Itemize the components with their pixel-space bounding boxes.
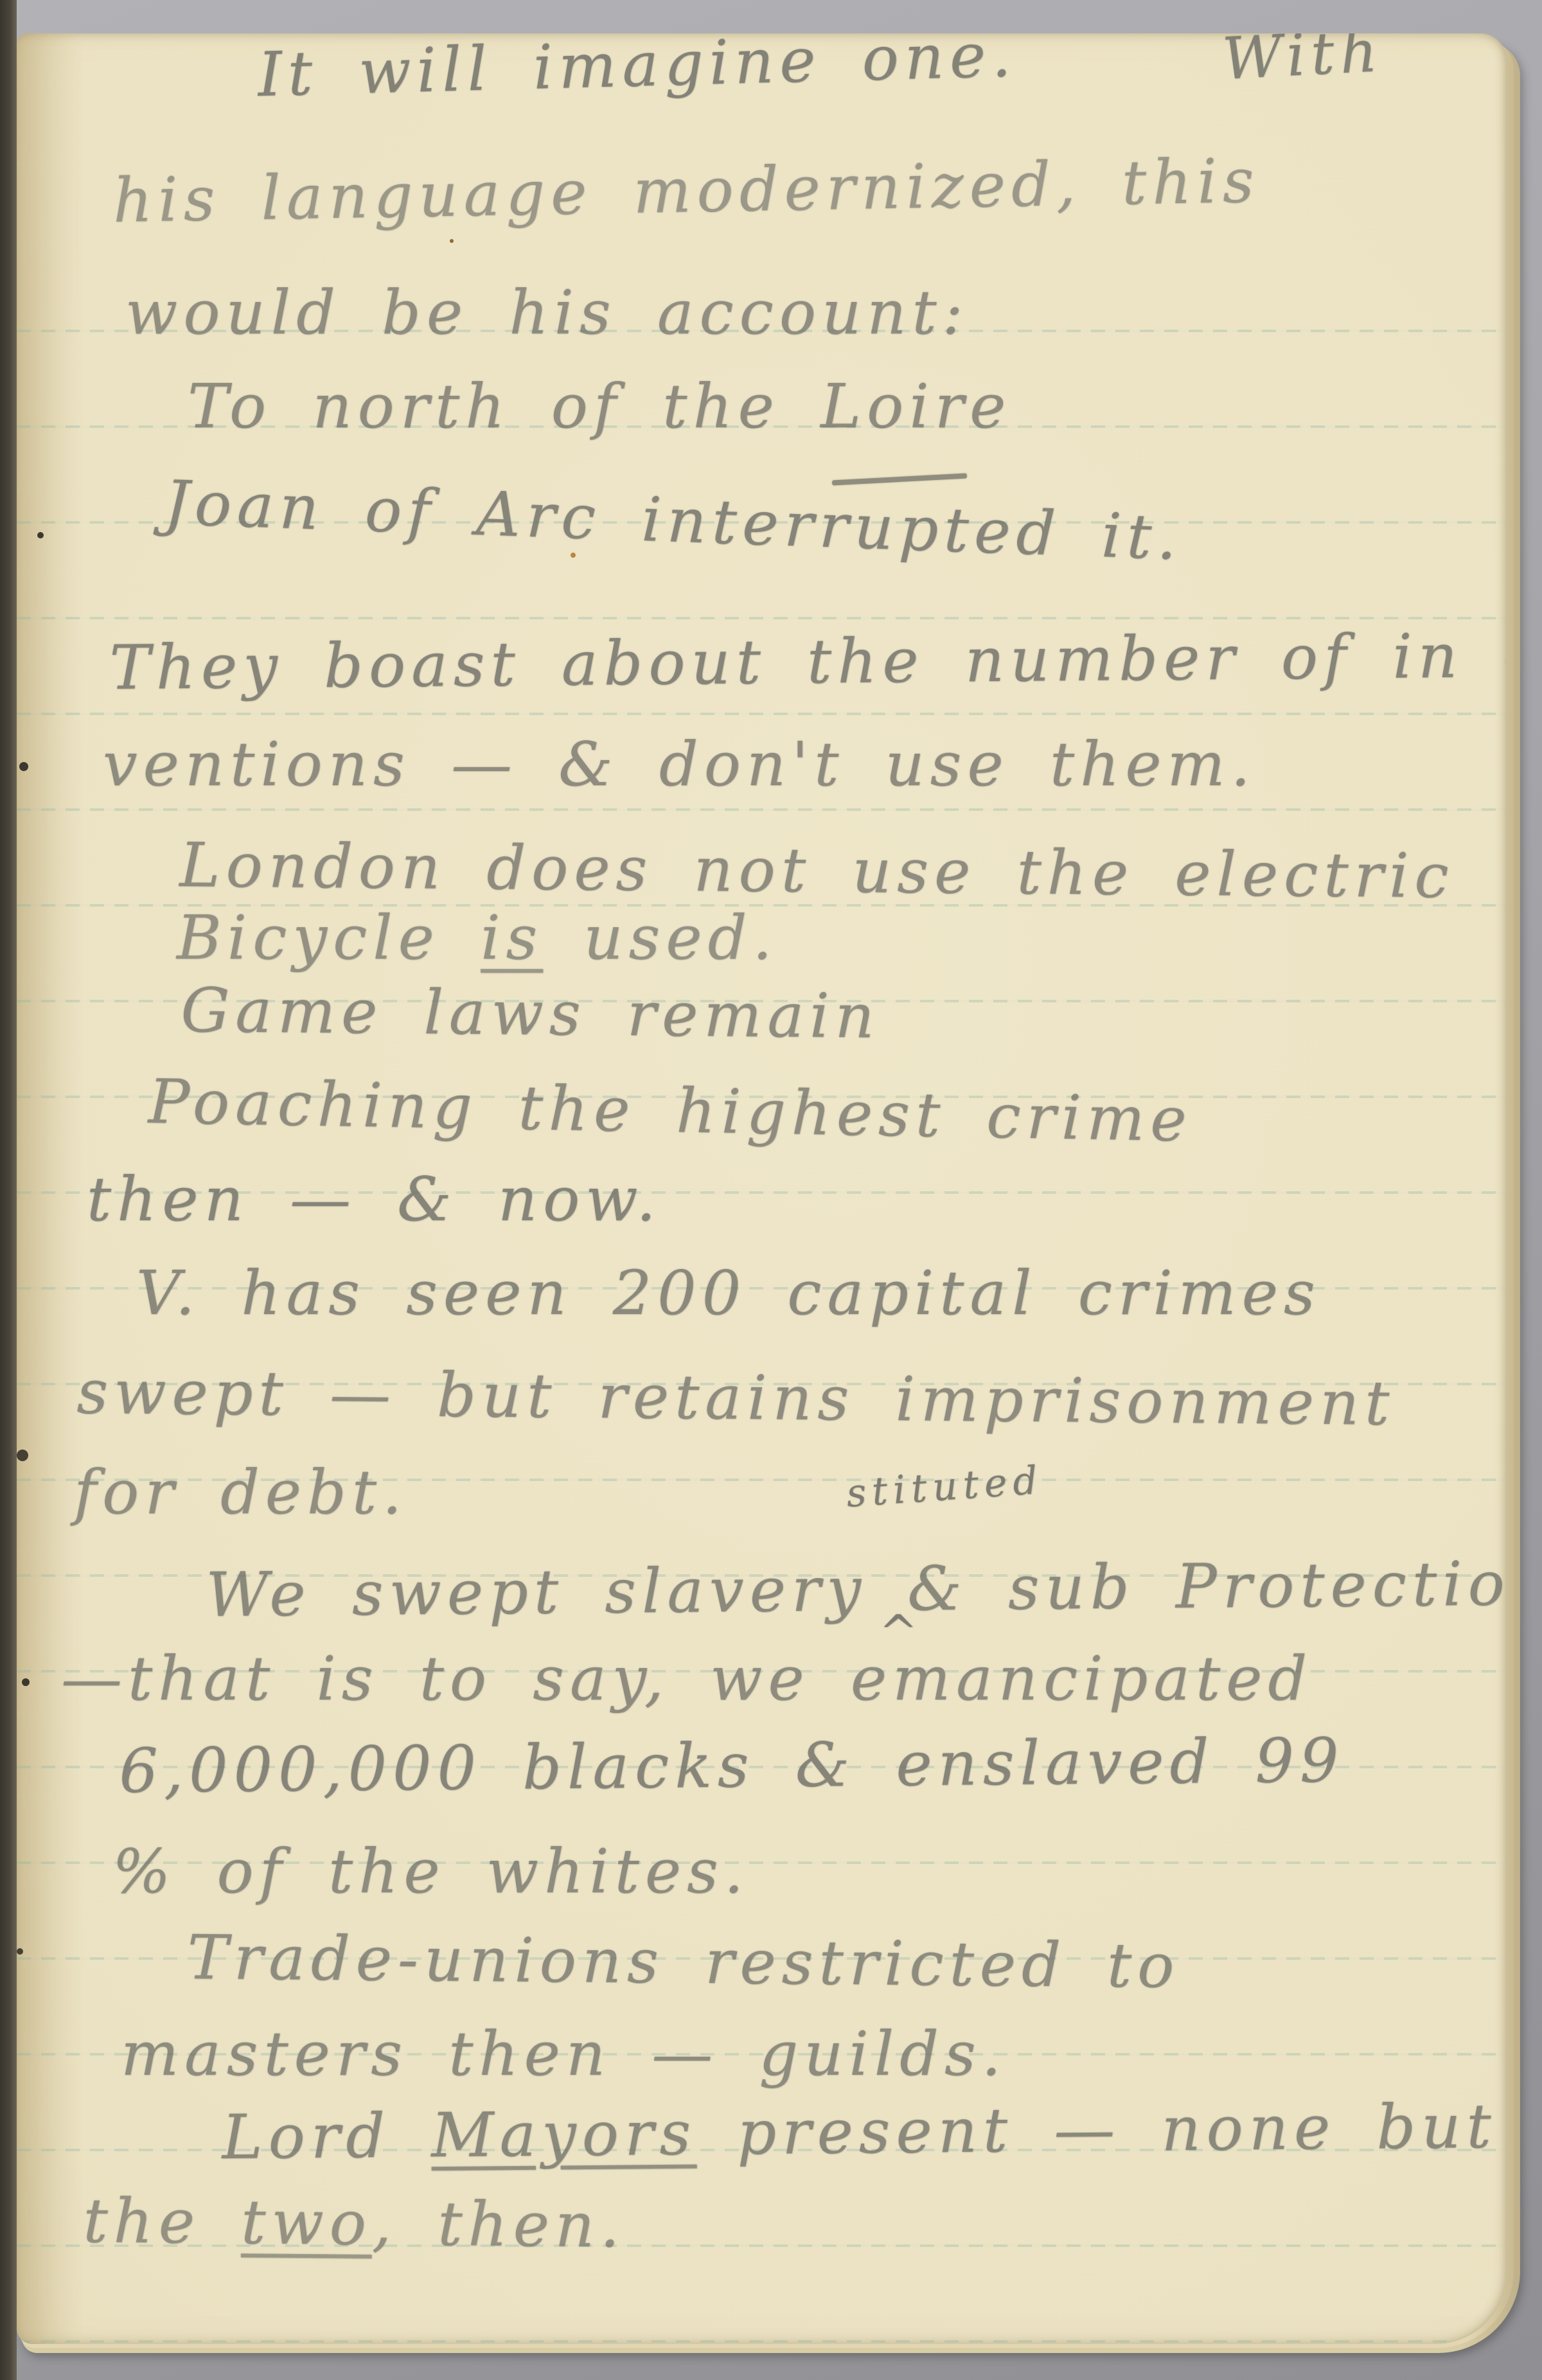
handwriting-text: would be his account: [125, 278, 969, 348]
page-speck [17, 1450, 28, 1461]
handwriting-text: swept — but retains imprisonment [76, 1357, 1396, 1439]
handwriting-text: present — none but [696, 2091, 1497, 2169]
ruled-line [17, 2340, 1506, 2343]
handwriting-text: his language modernized, this [112, 146, 1261, 236]
handwriting-line: % of the whites. [112, 1836, 749, 1907]
handwriting-line: stituted [845, 1458, 1045, 1516]
handwriting-line: masters then — guilds. [121, 2019, 1007, 2090]
handwriting-text: ventions — & don't use them. [103, 729, 1256, 800]
handwriting-line: ventions — & don't use them. [103, 729, 1256, 800]
handwriting-text: They boast about the number of in - [109, 621, 1506, 704]
handwriting-line: would be his account: [125, 278, 969, 348]
page-speck [19, 762, 28, 771]
handwriting-text: With [1221, 33, 1385, 93]
handwriting-text: for debt. [74, 1457, 407, 1528]
handwriting-text: stituted [845, 1458, 1045, 1516]
handwriting-line: for debt. [74, 1457, 407, 1528]
book-spine-edge [0, 0, 17, 2380]
handwriting-text: used. [543, 903, 777, 973]
handwriting-line: —that is to say, we emancipated [61, 1644, 1313, 1714]
handwriting-line: Lord Mayors present — none but [222, 2091, 1497, 2173]
handwriting-word-underlined: two [241, 2187, 373, 2259]
handwriting-text: Game laws remain [181, 975, 880, 1052]
ruled-line [17, 617, 1506, 619]
handwriting-line: his language modernized, this [112, 146, 1261, 236]
handwriting-line: V. has seen 200 capital crimes [136, 1258, 1321, 1329]
handwriting-text: , then. [371, 2189, 625, 2261]
page-speck [450, 239, 454, 243]
page-speck [37, 532, 44, 538]
handwriting-line: Trade-unions restricted to [187, 1923, 1180, 2002]
handwriting-line: the two, then. [83, 2186, 626, 2261]
handwriting-line: then — & now. [87, 1164, 662, 1235]
ruled-line [17, 713, 1506, 715]
notebook-page: It will imagine one.Withhis language mod… [17, 33, 1506, 2344]
handwriting-line: Joan of Arc interrupted it. [163, 468, 1183, 574]
ruled-line [17, 808, 1506, 811]
photo-background: { "document_type": "handwritten-notebook… [0, 0, 1542, 2380]
handwriting-word-underlined: Mayors [431, 2099, 697, 2172]
handwriting-text: London does not use the electric [179, 830, 1455, 912]
page-speck [571, 553, 576, 558]
handwriting-line: 6,000,000 blacks & enslaved 99 [119, 1725, 1345, 1807]
handwriting-text: Joan of Arc interrupted it. [163, 468, 1183, 574]
handwriting-line: To north of the Loire [188, 371, 1011, 442]
handwriting-word-underlined: is [481, 903, 543, 973]
handwriting-text: the [83, 2186, 242, 2258]
binding-gutter [17, 33, 78, 2344]
handwriting-line: We swept slavery & sub Protection [206, 1549, 1506, 1631]
handwriting-line: Game laws remain [181, 975, 880, 1052]
handwriting-text: It will imagine one. [257, 33, 1018, 111]
handwriting-text: then — & now. [87, 1164, 662, 1235]
handwriting-text: 6,000,000 blacks & enslaved 99 [119, 1725, 1345, 1807]
handwriting-line: Poaching the highest crime [148, 1067, 1193, 1155]
handwriting-text: —that is to say, we emancipated [61, 1644, 1313, 1714]
handwriting-line: It will imagine one. [257, 33, 1018, 111]
handwriting-line: With [1221, 33, 1385, 93]
handwriting-text: masters then — guilds. [121, 2019, 1007, 2090]
pencil-stroke [832, 474, 967, 486]
handwriting-text: Poaching the highest crime [148, 1067, 1193, 1155]
handwriting-text: We swept slavery & sub Protection [206, 1549, 1506, 1631]
handwriting-text: Lord [222, 2100, 432, 2173]
handwriting-text: Bicycle [177, 903, 481, 973]
handwriting-text: V. has seen 200 capital crimes [136, 1258, 1321, 1329]
page-speck [17, 1948, 23, 1955]
handwriting-text: To north of the Loire [188, 371, 1011, 442]
page-speck [22, 1678, 30, 1686]
handwriting-line: swept — but retains imprisonment [76, 1357, 1396, 1439]
handwriting-line: Bicycle is used. [177, 903, 778, 973]
handwriting-text: Trade-unions restricted to [187, 1923, 1180, 2002]
handwriting-text: % of the whites. [112, 1836, 749, 1907]
handwriting-line: They boast about the number of in - [109, 621, 1506, 704]
handwriting-line: London does not use the electric [179, 830, 1455, 912]
